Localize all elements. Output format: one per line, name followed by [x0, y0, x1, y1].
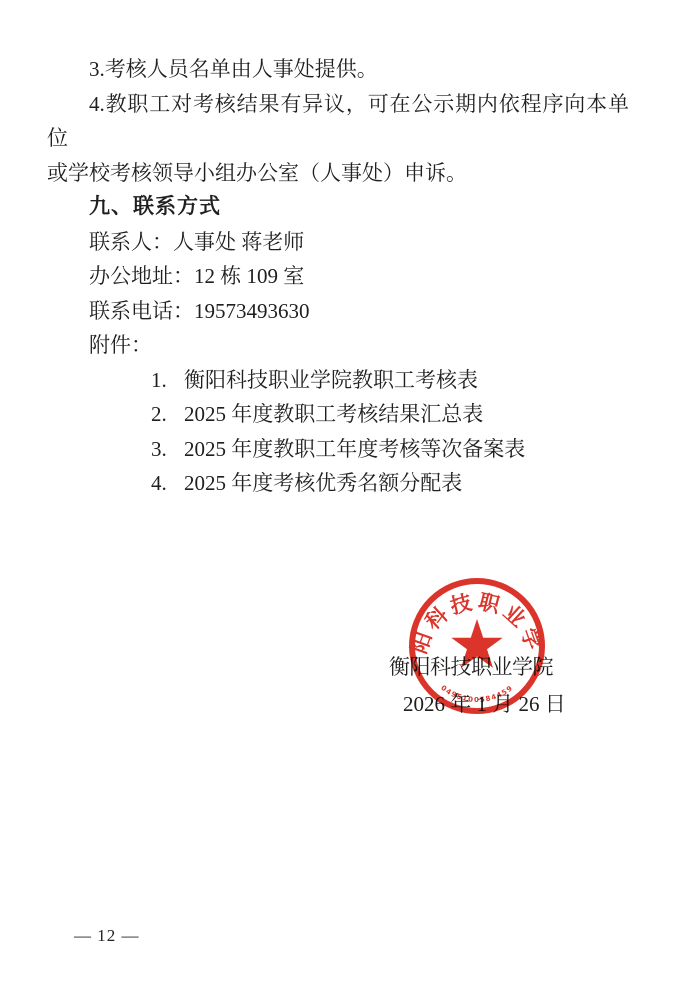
- seal-code-digits: 0495100584459: [439, 684, 514, 704]
- attachment-item: 2.2025 年度教职工考核结果汇总表: [47, 397, 629, 432]
- attachment-number: 2.: [151, 397, 184, 432]
- contact-person: 联系人：人事处 蒋老师: [47, 225, 629, 260]
- paragraph-4-line-2: 或学校考核领导小组办公室（人事处）申诉。: [47, 156, 629, 191]
- contact-address: 办公地址：12 栋 109 室: [47, 259, 629, 294]
- page-number: — 12 —: [74, 926, 140, 946]
- official-seal-stamp: 衡阳科技职业学院 0495100584459: [385, 556, 569, 738]
- attachment-item: 4.2025 年度考核优秀名额分配表: [47, 466, 629, 501]
- attachment-number: 3.: [151, 432, 184, 467]
- seal-star-icon: [451, 619, 502, 668]
- attachment-title: 2025 年度考核优秀名额分配表: [184, 471, 462, 495]
- attachments-label: 附件：: [47, 328, 629, 363]
- document-body: 3.考核人员名单由人事处提供。 4.教职工对考核结果有异议，可在公示期内依程序向…: [47, 52, 629, 501]
- attachment-title: 衡阳科技职业学院教职工考核表: [184, 368, 478, 392]
- section-heading: 九、联系方式: [47, 190, 629, 225]
- paragraph-3: 3.考核人员名单由人事处提供。: [47, 52, 629, 87]
- attachment-item: 1.衡阳科技职业学院教职工考核表: [47, 363, 629, 398]
- document-page: 3.考核人员名单由人事处提供。 4.教职工对考核结果有异议，可在公示期内依程序向…: [0, 0, 675, 996]
- contact-phone: 联系电话：19573493630: [47, 294, 629, 329]
- paragraph-4-line-1: 4.教职工对考核结果有异议，可在公示期内依程序向本单位: [47, 87, 629, 156]
- attachment-title: 2025 年度教职工年度考核等次备案表: [184, 437, 525, 461]
- attachment-title: 2025 年度教职工考核结果汇总表: [184, 402, 483, 426]
- attachment-number: 1.: [151, 363, 184, 398]
- attachment-item: 3.2025 年度教职工年度考核等次备案表: [47, 432, 629, 467]
- attachment-number: 4.: [151, 466, 184, 501]
